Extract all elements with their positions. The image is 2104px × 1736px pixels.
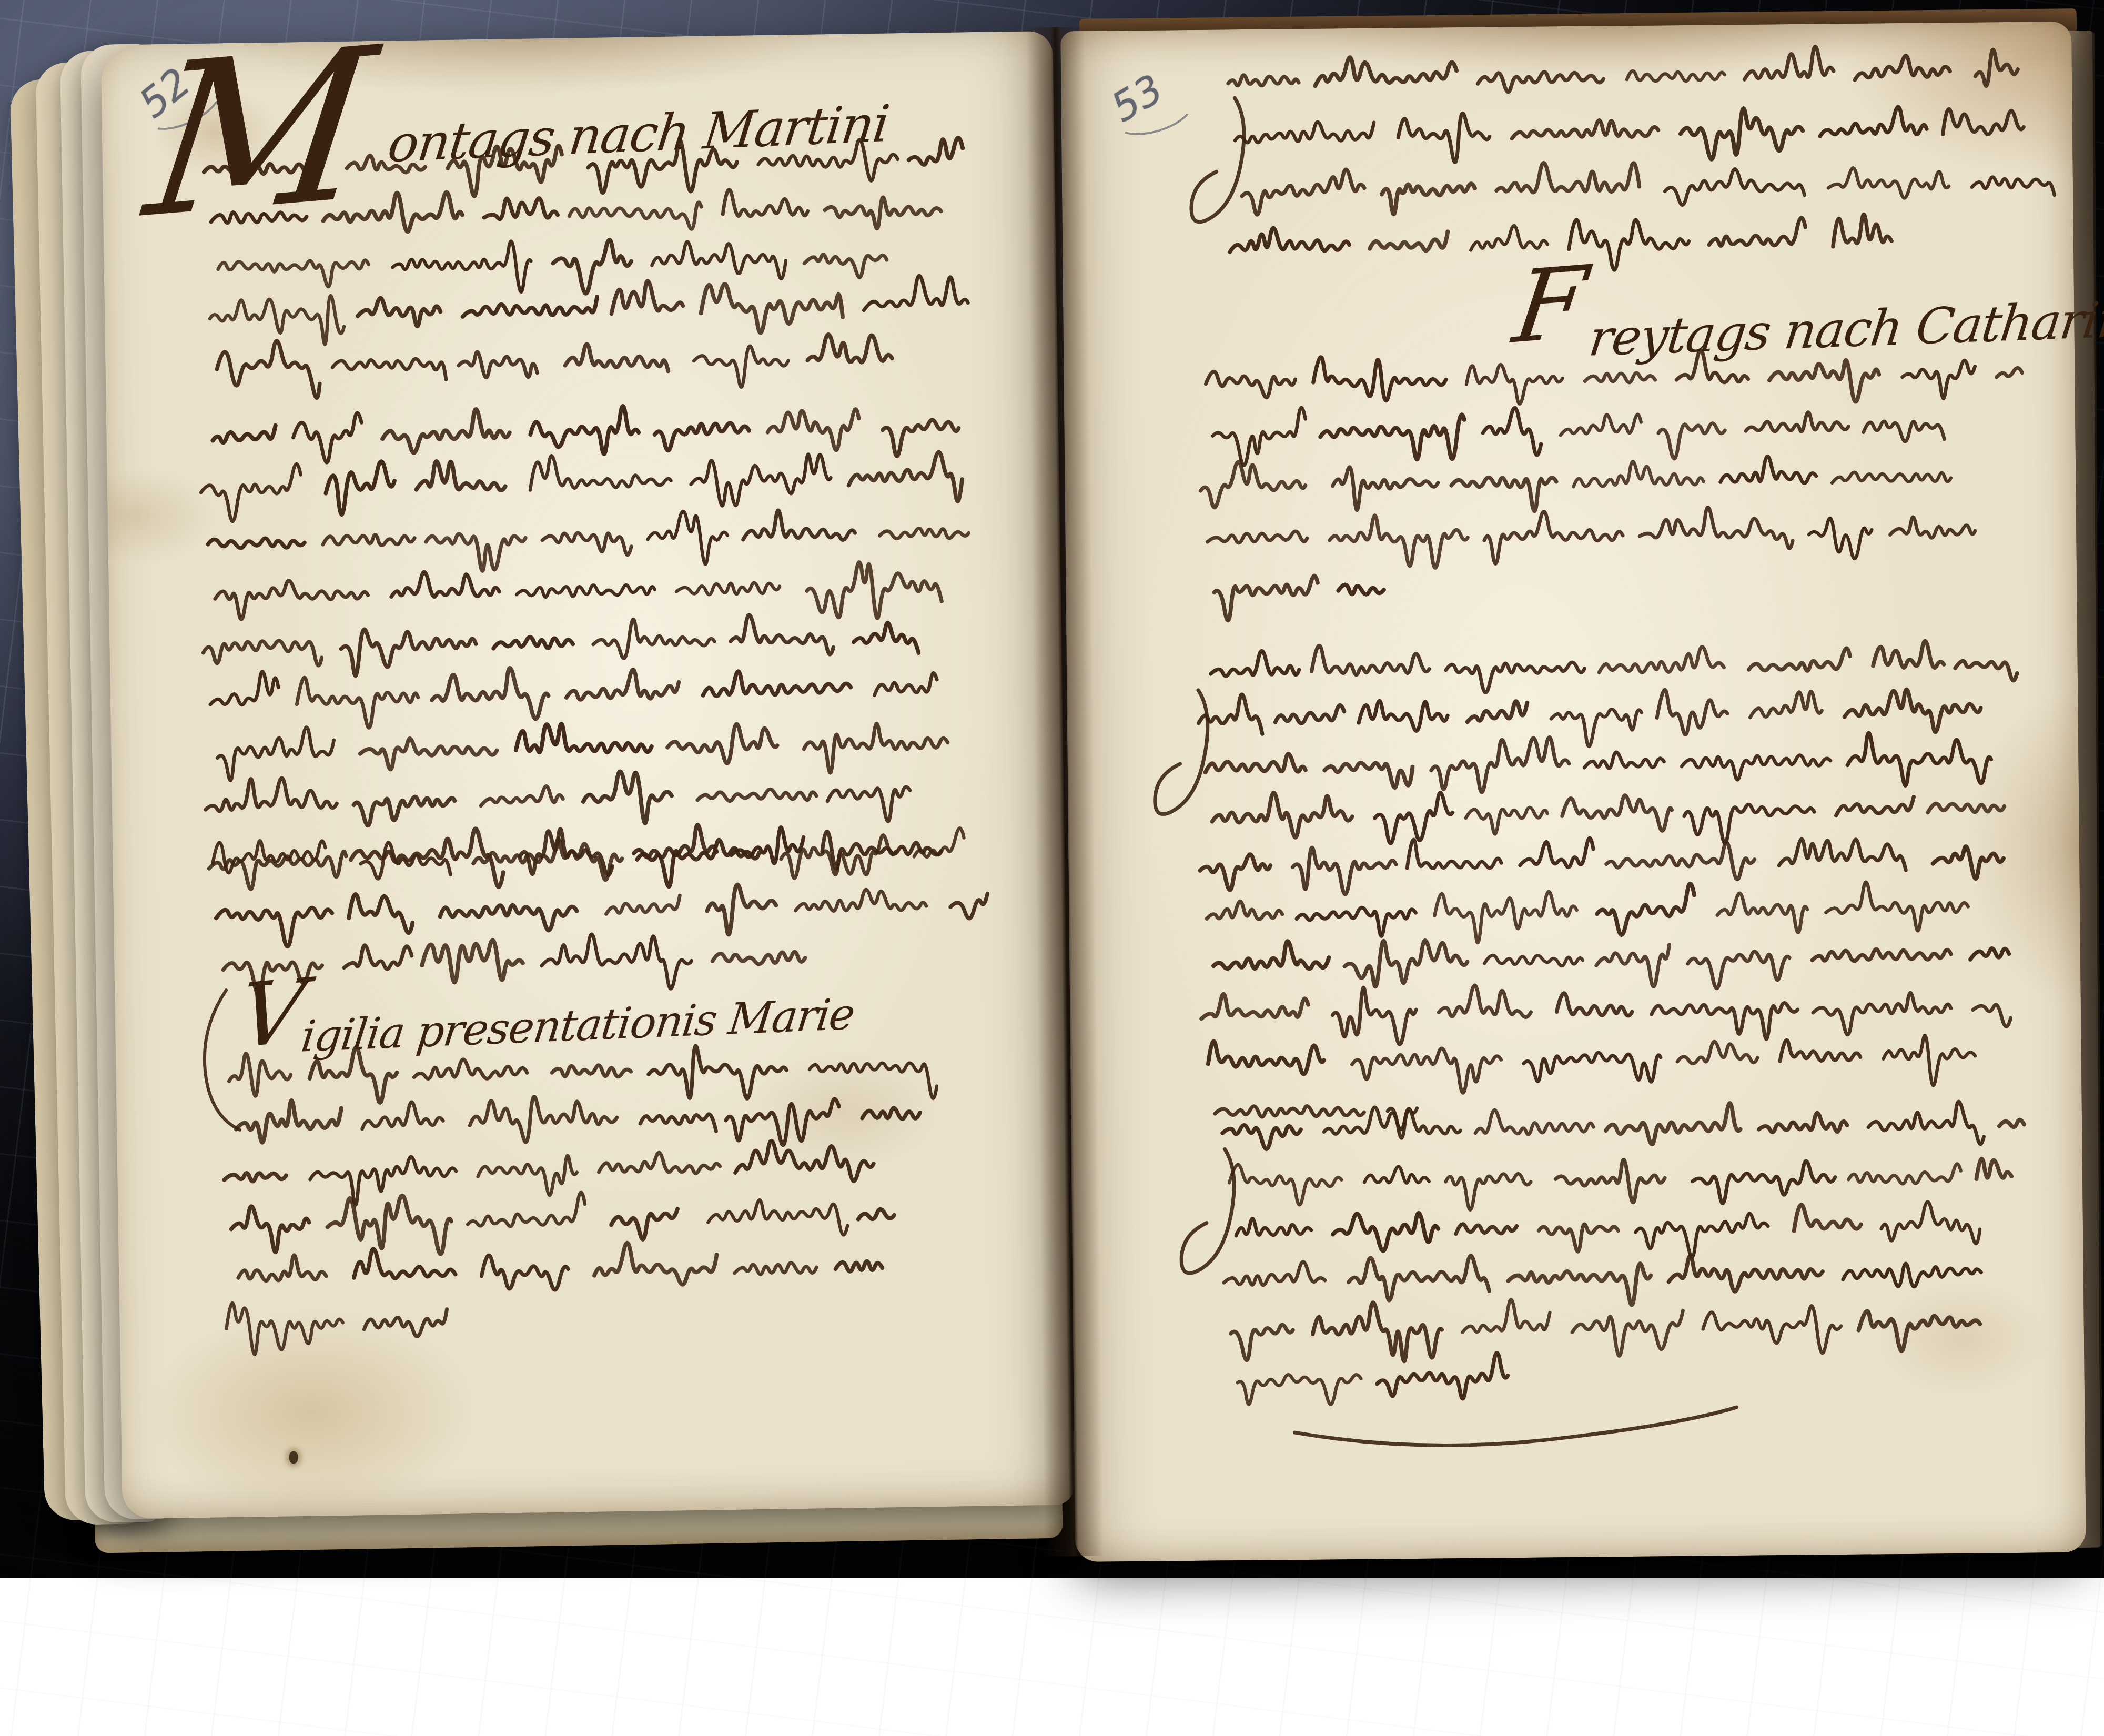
- ink-stroke: [883, 419, 959, 456]
- ink-stroke: [1556, 993, 1632, 1017]
- ink-stroke: [1213, 941, 1329, 970]
- ink-stroke: [1484, 511, 1623, 564]
- ink-stroke: [848, 452, 963, 503]
- ink-stroke: [1682, 755, 1830, 780]
- ink-stroke: [1703, 1306, 1841, 1354]
- ink-stroke: [1677, 1041, 1758, 1064]
- ink-stroke: [217, 727, 335, 781]
- ink-stroke: [795, 889, 926, 912]
- ink-stroke: [1496, 162, 1640, 193]
- ink-stroke: [353, 796, 455, 826]
- paragraph-block: [1222, 1100, 2027, 1405]
- ink-stroke: [730, 614, 834, 656]
- ink-stroke: [1688, 951, 1790, 988]
- ink-stroke: [327, 1195, 452, 1256]
- ink-stroke: [1520, 838, 1593, 867]
- ink-stroke: [1462, 1299, 1550, 1333]
- ink-stroke: [530, 454, 671, 490]
- ink-stroke: [205, 777, 337, 811]
- ink-stroke: [208, 538, 305, 549]
- ink-stroke: [1585, 373, 1655, 383]
- ink-stroke: [1651, 1003, 1798, 1040]
- ink-stroke: [358, 297, 441, 327]
- ink-stroke: [1881, 1201, 1980, 1244]
- ink-stroke: [1769, 360, 1879, 402]
- ink-stroke: [238, 1255, 326, 1281]
- ink-stroke: [1210, 651, 1299, 677]
- ink-stroke: [1198, 694, 1262, 734]
- ink-stroke: [827, 787, 911, 822]
- ink-stroke: [553, 239, 632, 294]
- ink-stroke: [1207, 901, 1282, 920]
- ink-stroke: [1344, 940, 1468, 987]
- ink-stroke: [734, 1263, 816, 1275]
- ink-stroke: [1836, 797, 1914, 816]
- ink-stroke: [708, 1198, 848, 1237]
- ink-stroke: [1933, 846, 2004, 879]
- ink-stroke: [858, 1209, 895, 1219]
- ink-stroke: [1439, 985, 1531, 1018]
- ink-stroke: [1955, 660, 2017, 681]
- ink-stroke: [1214, 576, 1318, 621]
- ink-stroke: [1475, 1109, 1594, 1135]
- ink-stroke: [216, 907, 332, 947]
- ink-stroke: [326, 461, 395, 515]
- ink-stroke: [807, 334, 892, 363]
- ink-stroke: [594, 1242, 717, 1286]
- ink-stroke: [1847, 732, 1991, 786]
- ink-stroke: [1238, 1374, 1361, 1406]
- ink-stroke: [426, 533, 526, 572]
- ink-stroke: [1398, 113, 1490, 163]
- ink-stroke: [1820, 107, 1927, 136]
- ink-stroke: [633, 824, 717, 857]
- ink-stroke: [703, 670, 851, 697]
- ink-stroke: [1832, 471, 1951, 483]
- ink-stroke: [1190, 98, 1245, 222]
- ink-stroke: [203, 640, 322, 667]
- ink-stroke: [1292, 847, 1396, 895]
- ink-stroke: [725, 1099, 839, 1146]
- left-page: 52 M ontags nach Martini V igilia presen…: [100, 31, 1074, 1519]
- ink-stroke: [1212, 792, 1352, 838]
- ink-stroke: [1294, 1407, 1737, 1447]
- ink-stroke: [1970, 948, 2009, 959]
- ink-stroke: [806, 561, 942, 619]
- manuscript-photo: 52 M ontags nach Martini V igilia presen…: [0, 0, 2104, 1578]
- ink-stroke: [879, 528, 968, 539]
- ink-stroke: [1370, 231, 1448, 251]
- ink-stroke: [217, 340, 320, 399]
- ink-stroke: [530, 406, 639, 455]
- ink-stroke: [1512, 119, 1658, 138]
- heading-initial: M: [140, 39, 379, 229]
- ink-stroke: [1466, 807, 1548, 834]
- ink-stroke: [1235, 122, 1374, 143]
- ink-stroke: [676, 582, 780, 595]
- paragraph-block: [209, 827, 989, 995]
- ink-stroke: [723, 189, 808, 217]
- ink-stroke: [1231, 1325, 1293, 1360]
- ink-stroke: [310, 1156, 457, 1206]
- ink-stroke: [1972, 176, 2055, 196]
- ink-stroke: [1605, 1103, 1741, 1145]
- ink-stroke: [1333, 1213, 1439, 1251]
- ink-stroke: [341, 628, 477, 676]
- ink-stroke: [1627, 70, 1725, 82]
- ink-stroke: [648, 511, 728, 565]
- ink-stroke: [707, 884, 776, 935]
- right-page: 53 F reytags nach Catharine: [1060, 22, 2086, 1562]
- ink-stroke: [1212, 408, 1306, 466]
- ink-stroke: [236, 1099, 342, 1143]
- ink-stroke: [1684, 804, 1815, 843]
- ink-stroke: [1311, 644, 1429, 675]
- ink-stroke: [1446, 662, 1585, 693]
- ink-stroke: [1382, 184, 1475, 214]
- heading-initial: F: [1510, 261, 1590, 349]
- ink-stroke: [697, 789, 817, 802]
- ink-stroke: [391, 571, 499, 598]
- ink-stroke: [1596, 945, 1670, 987]
- ink-stroke: [1348, 1256, 1489, 1301]
- ink-stroke: [350, 828, 503, 889]
- ink-stroke: [767, 409, 859, 451]
- ink-stroke: [1201, 993, 1309, 1019]
- ink-stroke: [1833, 214, 1891, 247]
- ink-stroke: [1976, 1158, 2011, 1179]
- ink-stroke: [1467, 701, 1527, 722]
- ink-stroke: [1794, 1204, 1861, 1231]
- ink-stroke: [1997, 368, 2022, 377]
- ink-stroke: [462, 297, 597, 317]
- ink-stroke: [1780, 1039, 1860, 1061]
- ink-stroke: [1555, 1159, 1665, 1204]
- ink-stroke: [210, 671, 279, 705]
- ink-stroke: [481, 1254, 569, 1291]
- ink-stroke: [440, 904, 577, 932]
- ink-stroke: [1230, 227, 1350, 252]
- ink-stroke: [825, 197, 942, 229]
- ink-stroke: [1717, 893, 1808, 933]
- ink-stroke: [1826, 881, 1968, 932]
- ink-stroke: [691, 454, 831, 506]
- ink-stroke: [1407, 839, 1502, 869]
- ink-stroke: [1374, 793, 1453, 844]
- ink-stroke: [1572, 1310, 1684, 1356]
- ink-stroke: [1215, 1105, 1364, 1117]
- ink-stroke: [1364, 1166, 1429, 1184]
- ink-stroke: [1573, 461, 1704, 487]
- page-number-right: 53: [1103, 65, 1171, 131]
- ink-stroke: [360, 737, 497, 770]
- ink-stroke: [1222, 1125, 1301, 1149]
- ink-stroke: [332, 358, 446, 381]
- ink-stroke: [218, 260, 369, 288]
- ink-stroke: [667, 723, 777, 764]
- ink-stroke: [1539, 1224, 1619, 1251]
- ink-stroke: [1320, 415, 1464, 460]
- ink-stroke: [362, 1102, 443, 1129]
- ink-stroke: [1599, 647, 1724, 673]
- ink-stroke: [1205, 753, 1306, 772]
- ink-stroke: [541, 933, 692, 991]
- ink-stroke: [1759, 1113, 1847, 1133]
- ink-stroke: [484, 198, 558, 219]
- ink-stroke: [1709, 218, 1806, 246]
- ink-stroke: [1297, 907, 1416, 937]
- ink-stroke: [382, 409, 510, 453]
- ink-stroke: [1332, 466, 1438, 510]
- ink-stroke: [1744, 46, 1834, 79]
- ink-stroke: [1208, 1040, 1324, 1075]
- ink-stroke: [1456, 1224, 1517, 1234]
- heading-text: igilia presentationis Marie: [299, 990, 857, 1062]
- ink-stroke: [1484, 954, 1583, 966]
- ink-stroke: [1275, 705, 1344, 723]
- ink-stroke: [1584, 752, 1664, 769]
- ink-stroke: [1658, 423, 1725, 459]
- ink-stroke: [606, 895, 680, 914]
- paragraph-block: [1199, 347, 2025, 621]
- ink-stroke: [1750, 691, 1822, 718]
- ink-stroke: [781, 835, 896, 878]
- ink-stroke: [1843, 1263, 1981, 1288]
- ink-stroke: [1324, 1106, 1461, 1135]
- ink-stroke: [950, 893, 988, 919]
- ink-stroke: [1154, 690, 1209, 814]
- ink-stroke: [566, 669, 679, 700]
- ink-stroke: [493, 637, 573, 649]
- ink-stroke: [1868, 1102, 1984, 1145]
- ink-stroke: [1451, 477, 1556, 512]
- ink-stroke: [701, 282, 843, 334]
- ink-stroke: [1844, 689, 1981, 733]
- ink-stroke: [1813, 992, 1951, 1035]
- heading-initial: V: [235, 975, 308, 1053]
- ink-stroke: [1338, 584, 1384, 595]
- ink-stroke: [1681, 108, 1803, 159]
- ink-stroke: [1478, 72, 1603, 93]
- ink-stroke: [1324, 762, 1413, 788]
- ink-stroke: [542, 532, 632, 556]
- ink-stroke: [1999, 1120, 2025, 1127]
- ink-stroke: [1883, 1035, 1976, 1086]
- ink-stroke: [200, 464, 301, 522]
- ink-stroke: [1332, 987, 1417, 1045]
- ink-stroke: [611, 280, 683, 314]
- paragraph-block: [200, 401, 974, 891]
- ink-stroke: [481, 786, 563, 806]
- ink-stroke: [519, 828, 612, 876]
- ink-stroke: [652, 240, 786, 281]
- ink-stroke: [469, 1095, 617, 1143]
- ink-stroke: [215, 580, 368, 620]
- ink-stroke: [1668, 1255, 1823, 1292]
- ink-stroke: [743, 509, 855, 541]
- ink-stroke: [416, 460, 505, 492]
- ink-stroke: [1975, 49, 2018, 86]
- ink-stroke: [1236, 1218, 1311, 1236]
- ink-stroke: [1692, 1160, 1835, 1203]
- ink-stroke: [1748, 648, 1850, 671]
- ink-stroke: [1466, 364, 1563, 405]
- ink-stroke: [209, 296, 344, 346]
- ink-stroke: [1809, 518, 1872, 559]
- ink-stroke: [611, 1209, 678, 1240]
- ink-stroke: [231, 1206, 309, 1253]
- paragraph-block: [209, 275, 969, 399]
- ink-stroke: [1902, 360, 1975, 399]
- ink-stroke: [1508, 1264, 1651, 1306]
- ink-stroke: [458, 351, 537, 378]
- ink-stroke: [1863, 421, 1944, 442]
- ink-stroke: [599, 1152, 720, 1175]
- ink-stroke: [364, 1309, 448, 1337]
- ink-stroke: [1388, 1108, 1417, 1138]
- ink-stroke: [863, 275, 968, 310]
- ink-stroke: [293, 413, 362, 463]
- ink-stroke: [822, 830, 942, 869]
- ink-stroke: [478, 1156, 577, 1196]
- ink-stroke: [1483, 408, 1541, 456]
- ink-stroke: [297, 676, 419, 729]
- ink-stroke: [414, 1058, 527, 1079]
- ink-stroke: [1445, 1174, 1531, 1210]
- ink-stroke: [552, 1065, 631, 1078]
- ink-stroke: [1329, 514, 1468, 569]
- ink-stroke: [1812, 948, 1951, 961]
- ink-stroke: [1973, 1004, 2011, 1027]
- ink-stroke: [1928, 803, 2005, 812]
- ink-stroke: [593, 618, 715, 659]
- ink-stroke: [1657, 689, 1728, 735]
- heading-text: reytags nach Catharine: [1586, 290, 2104, 368]
- ink-stroke: [360, 842, 450, 879]
- paper-wormhole-spot: [289, 1451, 298, 1464]
- ink-stroke: [213, 840, 326, 873]
- ink-stroke: [862, 1108, 920, 1119]
- ink-stroke: [654, 423, 749, 451]
- ink-stroke: [908, 138, 963, 165]
- ink-stroke: [1312, 1302, 1442, 1362]
- ink-stroke: [569, 203, 702, 231]
- ink-stroke: [1313, 356, 1446, 401]
- ink-stroke: [637, 839, 760, 887]
- paragraph-block: [1228, 44, 2055, 274]
- ink-stroke: [804, 254, 887, 278]
- ink-stroke: [1848, 1164, 1961, 1184]
- ink-stroke: [1597, 884, 1695, 935]
- ink-stroke: [226, 1301, 343, 1355]
- ink-stroke: [1431, 737, 1569, 793]
- ink-stroke: [874, 673, 937, 695]
- ink-stroke: [1206, 371, 1295, 398]
- ink-stroke: [1180, 1149, 1235, 1273]
- ink-stroke: [1665, 168, 1805, 205]
- ink-stroke: [1471, 226, 1547, 250]
- ink-stroke: [1640, 507, 1793, 550]
- ink-stroke: [640, 1114, 716, 1133]
- ink-stroke: [735, 1139, 874, 1183]
- ink-stroke: [694, 346, 788, 388]
- ink-stroke: [353, 1248, 456, 1279]
- ink-stroke: [853, 622, 918, 654]
- ink-stroke: [422, 940, 523, 983]
- ink-stroke: [1943, 108, 2024, 135]
- ink-stroke: [1359, 700, 1448, 731]
- ink-stroke: [1200, 461, 1306, 508]
- ink-stroke: [213, 426, 276, 443]
- ink-stroke: [1523, 1052, 1661, 1083]
- paragraph-block: [1198, 639, 2021, 1140]
- ink-stroke: [731, 827, 804, 864]
- ink-stroke: [712, 952, 805, 965]
- ink-stroke: [1377, 1353, 1508, 1399]
- ink-stroke: [517, 584, 655, 598]
- ink-stroke: [431, 668, 549, 721]
- ink-stroke: [467, 1192, 585, 1227]
- ink-stroke: [473, 838, 622, 882]
- ink-stroke: [1858, 1310, 1980, 1351]
- ink-stroke: [1779, 838, 1906, 871]
- ink-stroke: [1562, 795, 1672, 832]
- ink-stroke: [349, 893, 413, 934]
- ink-stroke: [1746, 412, 1849, 432]
- ink-stroke: [914, 828, 964, 857]
- ink-stroke: [224, 1173, 286, 1182]
- ink-stroke: [810, 1062, 937, 1100]
- ink-stroke: [209, 851, 347, 890]
- ink-stroke: [1635, 1213, 1768, 1258]
- ink-stroke: [1890, 517, 1975, 539]
- ink-stroke: [1855, 55, 1950, 80]
- ink-stroke: [343, 944, 412, 970]
- ink-stroke: [1561, 414, 1642, 435]
- paragraph-block: [222, 1039, 941, 1355]
- ink-stroke: [1551, 709, 1642, 747]
- ink-stroke: [392, 241, 532, 294]
- ink-stroke: [1720, 456, 1816, 484]
- ink-stroke: [1606, 842, 1755, 881]
- ink-stroke: [1315, 56, 1456, 86]
- heading-text: ontags nach Martini: [385, 94, 892, 174]
- ink-stroke: [648, 1045, 787, 1100]
- ink-stroke: [1352, 1048, 1501, 1094]
- ink-stroke: [583, 771, 672, 824]
- ink-stroke: [1207, 531, 1307, 543]
- ink-stroke: [804, 722, 948, 773]
- ink-stroke: [323, 534, 415, 546]
- ink-stroke: [1200, 854, 1271, 891]
- ink-stroke: [1229, 1164, 1342, 1205]
- ink-stroke: [565, 343, 668, 373]
- ink-stroke: [1224, 1261, 1325, 1286]
- ink-stroke: [1228, 75, 1299, 86]
- ink-stroke: [835, 1261, 882, 1271]
- ink-stroke: [515, 722, 652, 754]
- ink-stroke: [1242, 169, 1365, 215]
- ink-stroke: [1873, 641, 1944, 668]
- ink-stroke: [1828, 167, 1949, 199]
- ink-stroke: [1434, 891, 1577, 943]
